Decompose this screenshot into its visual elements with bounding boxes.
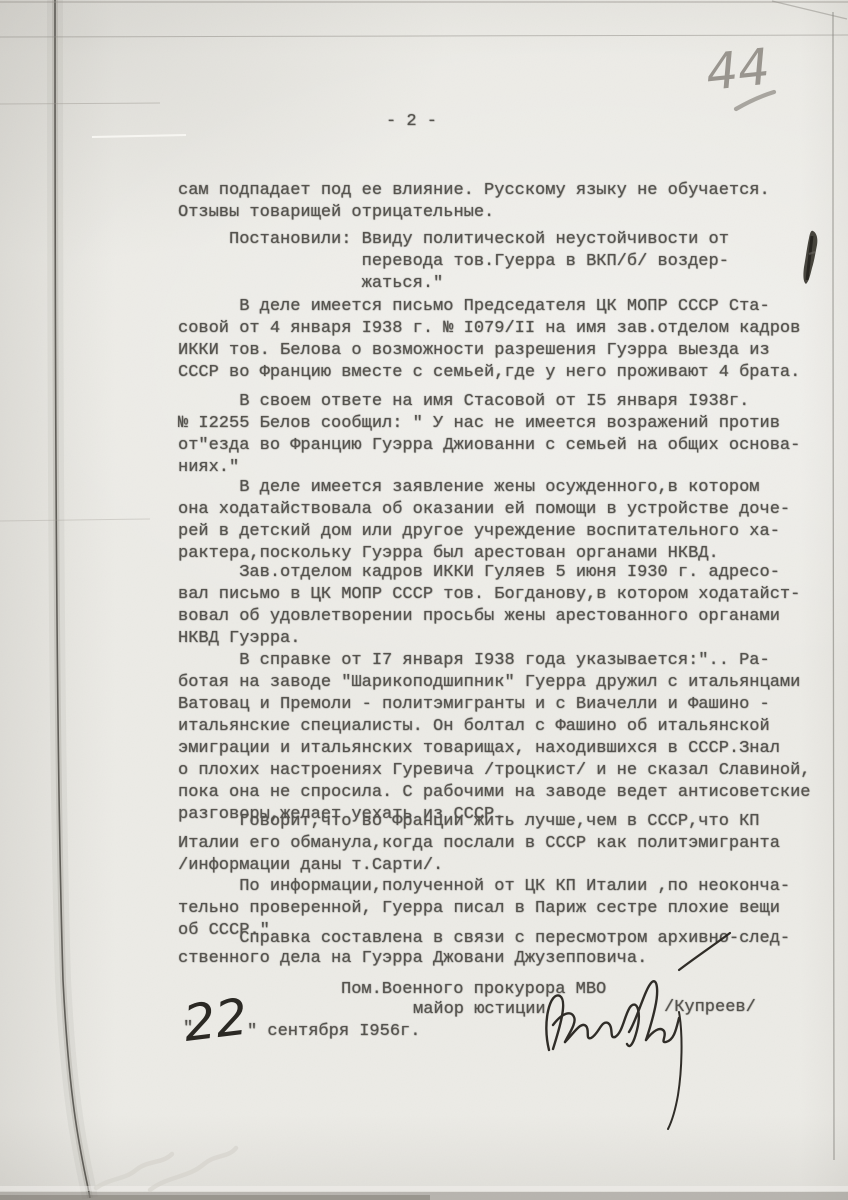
scanned-document-page: - 2 - сам подпадает под ее влияние. Русс… xyxy=(0,0,848,1200)
bottom-edge xyxy=(0,1186,848,1200)
bottom-light-band xyxy=(0,1186,848,1191)
bottom-dark-band-left xyxy=(0,1195,430,1200)
handwritten-folio-number: 44 xyxy=(703,38,772,102)
scan-artifacts-layer: 44 22 xyxy=(0,0,848,1200)
handwritten-day: 22 xyxy=(180,988,250,1053)
paper-grain-texture xyxy=(0,0,848,1200)
